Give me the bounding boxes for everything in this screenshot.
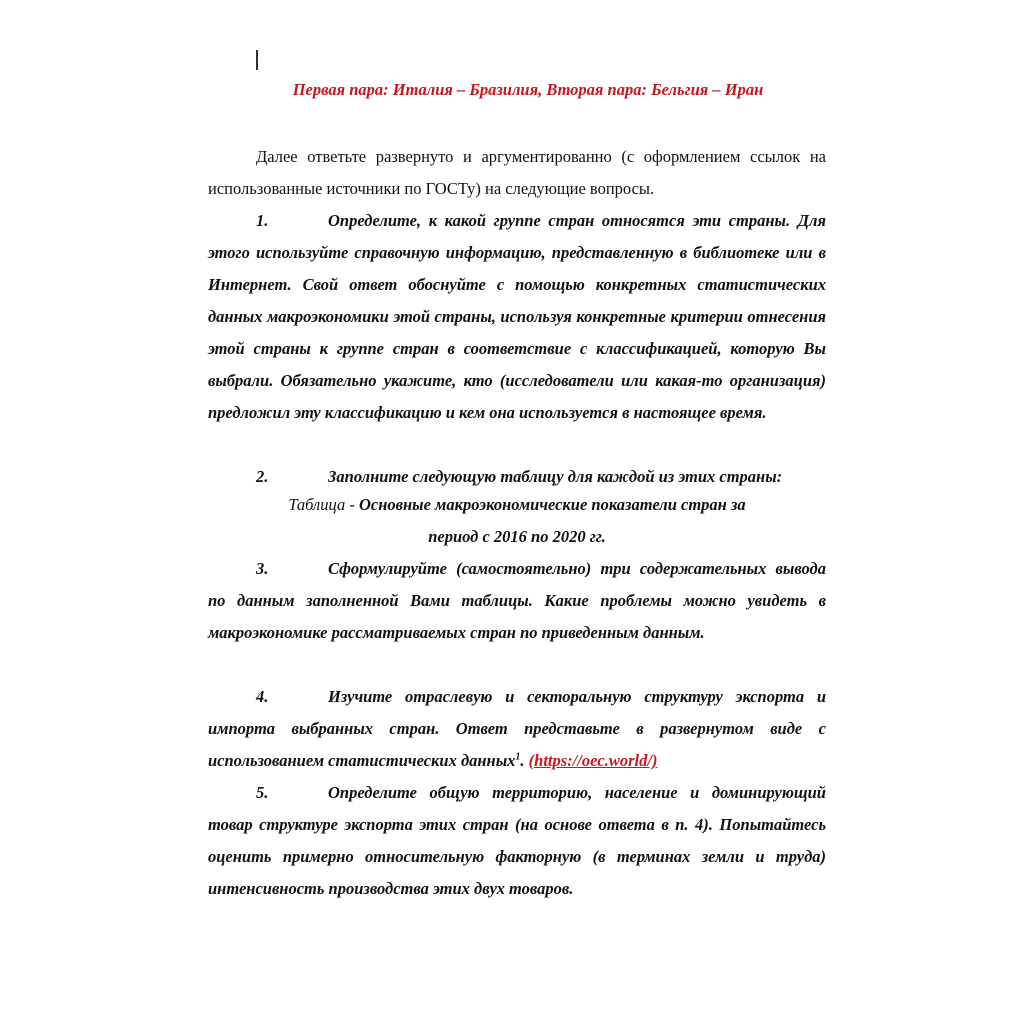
punctuation: . (520, 751, 528, 770)
question-4: 4.Изучите отраслевую и секторальную стру… (208, 681, 826, 777)
question-number: 3. (256, 553, 328, 585)
oec-link[interactable]: (https://oec.world/) (529, 751, 658, 770)
intro-paragraph: Далее ответьте развернуто и аргументиров… (208, 141, 826, 205)
caption-separator: - (345, 495, 359, 514)
question-5: 5.Определите общую территорию, население… (208, 777, 826, 905)
document-title: Первая пара: Италия – Бразилия, Вторая п… (208, 80, 848, 100)
question-1: 1.Определите, к какой группе стран относ… (208, 205, 826, 429)
question-3: 3.Сформулируйте (самостоятельно) три сод… (208, 553, 826, 649)
intro-text: Далее ответьте развернуто и аргументиров… (208, 147, 826, 198)
question-text: Заполните следующую таблицу для каждой и… (328, 467, 782, 486)
question-number: 4. (256, 681, 328, 713)
caption-label: Таблица (288, 495, 345, 514)
table-caption: Таблица - Основные макроэкономические по… (208, 489, 826, 553)
caption-line-2: период с 2016 по 2020 гг. (428, 527, 606, 546)
caption-line-1: Основные макроэкономические показатели с… (359, 495, 746, 514)
text-cursor (256, 50, 258, 70)
question-text: Определите, к какой группе стран относят… (208, 211, 826, 422)
question-number: 5. (256, 777, 328, 809)
question-number: 1. (256, 205, 328, 237)
